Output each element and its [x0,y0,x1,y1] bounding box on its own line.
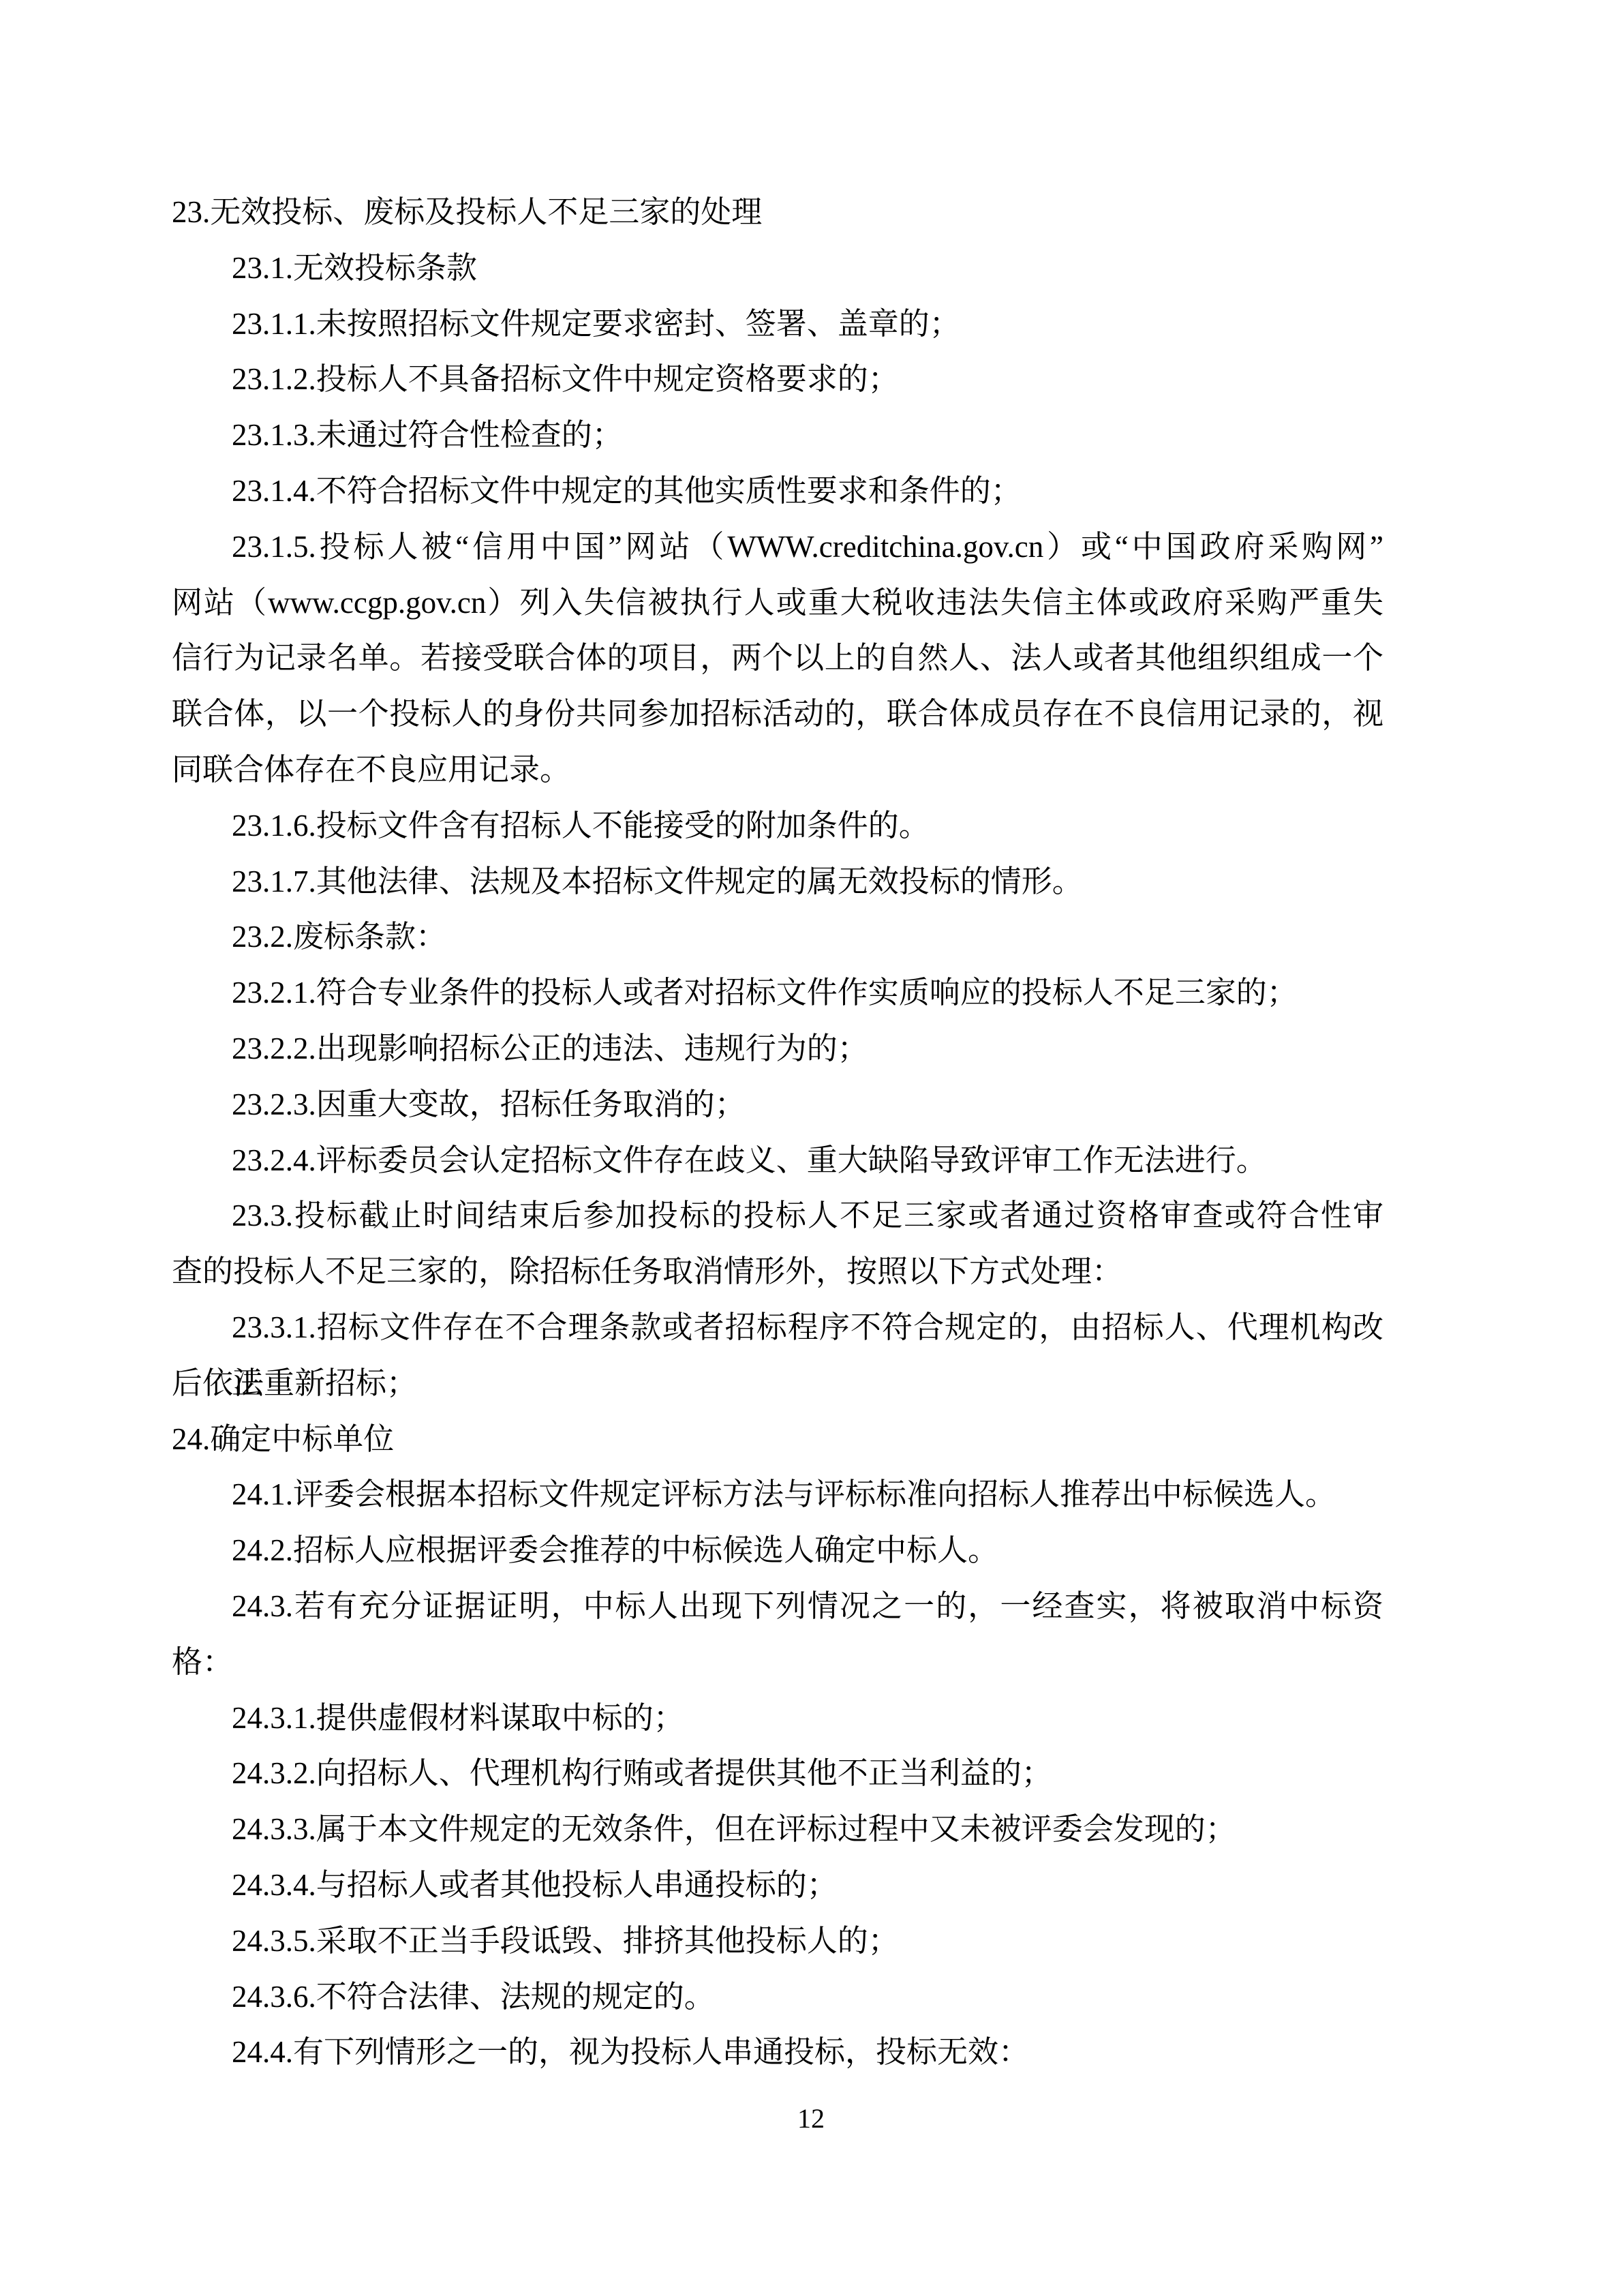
clause-line: 24.4.有下列情形之一的，视为投标人串通投标，投标无效： [232,2025,1383,2081]
clause-line: 23.1.2.投标人不具备招标文件中规定资格要求的； [232,352,1383,408]
clause-line: 23.3.1.招标文件存在不合理条款或者招标程序不符合规定的，由招标人、代理机构… [232,1300,1383,1356]
clause-line: 联合体，以一个投标人的身份共同参加招标活动的，联合体成员存在不良信用记录的，视 [172,686,1383,742]
clause-line: 24.2.招标人应根据评委会推荐的中标候选人确定中标人。 [232,1523,1383,1579]
clause-line: 网站（www.ccgp.gov.cn）列入失信被执行人或重大税收违法失信主体或政… [172,575,1383,631]
clause-line: 23.1.3.未通过符合性检查的； [232,408,1383,464]
clause-line: 23.1.4.不符合招标文件中规定的其他实质性要求和条件的； [232,464,1383,519]
clause-line: 23.2.1.符合专业条件的投标人或者对招标文件作实质响应的投标人不足三家的； [232,965,1383,1021]
section-heading: 23.无效投标、废标及投标人不足三家的处理 [172,185,1383,241]
document-body: 23.无效投标、废标及投标人不足三家的处理 23.1.无效投标条款 23.1.1… [172,185,1383,2081]
clause-line: 23.1.6.投标文件含有招标人不能接受的附加条件的。 [232,798,1383,854]
clause-line: 23.2.4.评标委员会认定招标文件存在歧义、重大缺陷导致评审工作无法进行。 [232,1133,1383,1189]
clause-line: 24.3.4.与招标人或者其他投标人串通投标的； [232,1858,1383,1914]
clause-line: 23.1.1.未按照招标文件规定要求密封、签署、盖章的； [232,297,1383,352]
clause-line: 24.3.若有充分证据证明，中标人出现下列情况之一的，一经查实，将被取消中标资 [232,1579,1383,1635]
clause-line: 24.3.2.向招标人、代理机构行贿或者提供其他不正当利益的； [232,1746,1383,1802]
clause-line: 查的投标人不足三家的，除招标任务取消情形外，按照以下方式处理： [172,1244,1383,1300]
clause-line: 24.3.5.采取不正当手段诋毁、排挤其他投标人的； [232,1914,1383,1969]
page-number: 12 [0,2098,1622,2139]
clause-line: 23.3.投标截止时间结束后参加投标的投标人不足三家或者通过资格审查或符合性审 [232,1188,1383,1244]
clause-line: 同联合体存在不良应用记录。 [172,742,1383,798]
clause-line: 24.1.评委会根据本招标文件规定评标方法与评标标准向招标人推荐出中标候选人。 [232,1467,1383,1523]
clause-line: 后依法重新招标； [172,1356,1383,1412]
clause-line: 23.2.3.因重大变故，招标任务取消的； [232,1077,1383,1133]
clause-heading: 23.1.无效投标条款 [232,241,1383,297]
clause-line: 23.1.5.投标人被“信用中国”网站（WWW.creditchina.gov.… [232,519,1383,575]
clause-line: 23.1.7.其他法律、法规及本招标文件规定的属无效投标的情形。 [232,854,1383,910]
clause-line: 23.2.2.出现影响招标公正的违法、违规行为的； [232,1021,1383,1077]
clause-line: 24.3.3.属于本文件规定的无效条件，但在评标过程中又未被评委会发现的； [232,1802,1383,1858]
clause-line: 信行为记录名单。若接受联合体的项目，两个以上的自然人、法人或者其他组织组成一个 [172,631,1383,686]
clause-line: 24.3.1.提供虚假材料谋取中标的； [232,1691,1383,1747]
document-page: 23.无效投标、废标及投标人不足三家的处理 23.1.无效投标条款 23.1.1… [0,0,1622,2296]
clause-line: 格： [172,1635,1383,1691]
clause-line: 24.3.6.不符合法律、法规的规定的。 [232,1969,1383,2025]
section-heading: 24.确定中标单位 [172,1412,1383,1468]
clause-heading: 23.2.废标条款： [232,909,1383,965]
